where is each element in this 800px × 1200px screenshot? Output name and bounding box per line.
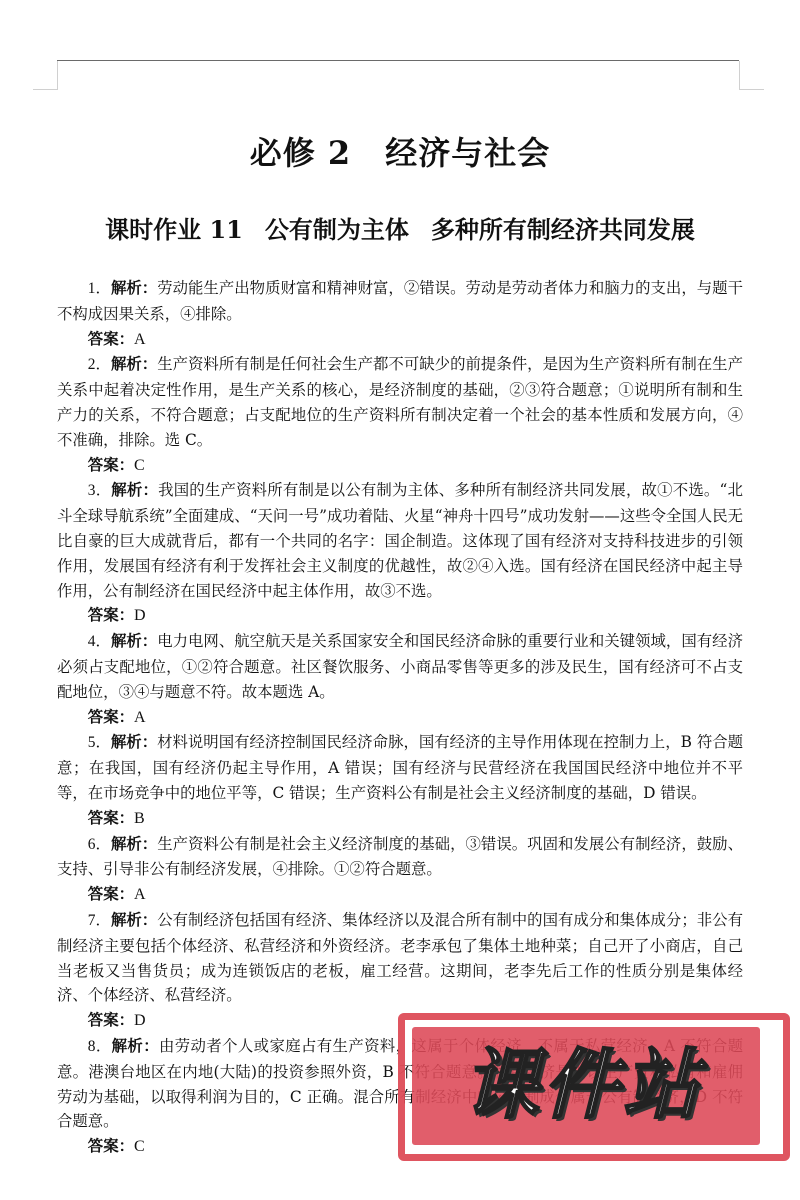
analysis-label: 解析： <box>111 632 157 650</box>
answer-label: 答案： <box>88 809 134 827</box>
analysis-text: 电力电网、航空航天是关系国家安全和国民经济命脉的重要行业和关键领域，国有经济必须… <box>57 632 743 701</box>
answer-item-7: 答案：D <box>57 1008 743 1034</box>
analysis-item-7: 7．解析：公有制经济包括国有经济、集体经济以及混合所有制中的国有成分和集体成分；… <box>57 908 743 1008</box>
answer-key-body: 1．解析：劳动能生产出物质财富和精神财富，②错误。劳动是劳动者体力和脑力的支出，… <box>57 276 743 1160</box>
analysis-label: 解析： <box>111 355 157 373</box>
book-title: 必修 2经济与社会 <box>0 128 800 174</box>
analysis-text: 由劳动者个人或家庭占有生产资料，这属于个体经济，不属于私营经济，A 不符合题意。… <box>57 1037 743 1130</box>
lesson-number: 课时作业 11 <box>105 215 243 244</box>
analysis-item-1: 1．解析：劳动能生产出物质财富和精神财富，②错误。劳动是劳动者体力和脑力的支出，… <box>57 276 743 327</box>
analysis-text: 公有制经济包括国有经济、集体经济以及混合所有制中的国有成分和集体成分；非公有制经… <box>57 911 743 1004</box>
answer-value: B <box>134 810 145 827</box>
item-number: 4． <box>88 633 111 650</box>
answer-item-4: 答案：A <box>57 705 743 731</box>
item-number: 6． <box>88 836 111 853</box>
answer-value: A <box>134 886 146 903</box>
answer-value: C <box>134 457 145 474</box>
lesson-topic-1: 公有制为主体 <box>265 215 409 244</box>
analysis-text: 我国的生产资料所有制是以公有制为主体、多种所有制经济共同发展，故①不选。“北斗全… <box>57 481 743 599</box>
analysis-item-2: 2．解析：生产资料所有制是任何社会生产都不可缺少的前提条件，是因为生产资料所有制… <box>57 352 743 452</box>
answer-label: 答案： <box>88 1011 134 1029</box>
margin-corner-mark-left <box>33 61 58 90</box>
answer-label: 答案： <box>88 885 134 903</box>
margin-corner-mark-right <box>739 61 764 90</box>
analysis-item-8: 8．解析：由劳动者个人或家庭占有生产资料，这属于个体经济，不属于私营经济，A 不… <box>57 1034 743 1134</box>
answer-value: D <box>134 607 146 624</box>
item-number: 8． <box>88 1038 112 1055</box>
analysis-text: 生产资料所有制是任何社会生产都不可缺少的前提条件，是因为生产资料所有制在生产关系… <box>57 355 743 448</box>
book-title-volume: 必修 2 <box>250 134 351 172</box>
answer-item-8: 答案：C <box>57 1134 743 1160</box>
answer-value: A <box>134 709 146 726</box>
item-number: 3． <box>88 482 112 499</box>
answer-value: A <box>134 331 146 348</box>
answer-label: 答案： <box>88 606 134 624</box>
analysis-text: 材料说明国有经济控制国民经济命脉，国有经济的主导作用体现在控制力上，B 符合题意… <box>57 733 743 802</box>
book-title-subject: 经济与社会 <box>385 134 550 172</box>
answer-label: 答案： <box>88 708 134 726</box>
analysis-label: 解析： <box>111 911 157 929</box>
answer-label: 答案： <box>88 1137 134 1155</box>
item-number: 2． <box>88 356 111 373</box>
lesson-topic-2: 多种所有制经济共同发展 <box>431 215 695 244</box>
analysis-label: 解析： <box>111 279 157 297</box>
answer-label: 答案： <box>88 330 134 348</box>
item-number: 1． <box>88 280 111 297</box>
analysis-label: 解析： <box>111 733 157 751</box>
analysis-label: 解析： <box>112 1037 159 1055</box>
answer-item-2: 答案：C <box>57 453 743 479</box>
analysis-item-3: 3．解析：我国的生产资料所有制是以公有制为主体、多种所有制经济共同发展，故①不选… <box>57 478 743 603</box>
answer-label: 答案： <box>88 456 134 474</box>
analysis-text: 生产资料公有制是社会主义经济制度的基础，③错误。巩固和发展公有制经济，鼓励、支持… <box>57 835 743 879</box>
item-number: 5． <box>88 734 111 751</box>
analysis-item-5: 5．解析：材料说明国有经济控制国民经济命脉，国有经济的主导作用体现在控制力上，B… <box>57 730 743 805</box>
analysis-item-6: 6．解析：生产资料公有制是社会主义经济制度的基础，③错误。巩固和发展公有制经济，… <box>57 832 743 883</box>
analysis-text: 劳动能生产出物质财富和精神财富，②错误。劳动是劳动者体力和脑力的支出，与题干不构… <box>57 279 743 323</box>
page-header-rule <box>57 60 739 61</box>
answer-item-5: 答案：B <box>57 806 743 832</box>
analysis-label: 解析： <box>111 481 158 499</box>
answer-item-3: 答案：D <box>57 603 743 629</box>
analysis-item-4: 4．解析：电力电网、航空航天是关系国家安全和国民经济命脉的重要行业和关键领域，国… <box>57 629 743 704</box>
answer-value: D <box>134 1012 146 1029</box>
answer-item-6: 答案：A <box>57 882 743 908</box>
answer-value: C <box>134 1138 145 1155</box>
item-number: 7． <box>88 912 111 929</box>
answer-item-1: 答案：A <box>57 327 743 353</box>
lesson-title: 课时作业 11公有制为主体多种所有制经济共同发展 <box>0 210 800 245</box>
analysis-label: 解析： <box>111 835 157 853</box>
